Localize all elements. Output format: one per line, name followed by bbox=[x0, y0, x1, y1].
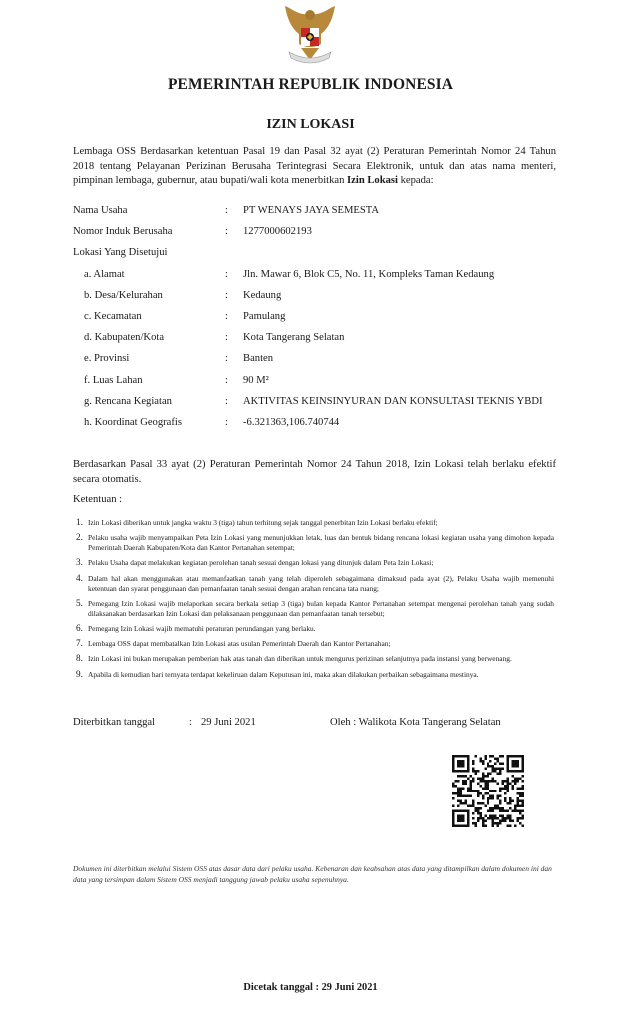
provision-item: 9.Apabila di kemudian hari ternyata terd… bbox=[76, 670, 554, 680]
field-planned-activity: g. Rencana Kegiatan : AKTIVITAS KEINSINY… bbox=[73, 395, 556, 416]
provisions-list: 1.Izin Lokasi diberikan untuk jangka wak… bbox=[76, 518, 554, 685]
document-title: IZIN LOKASI bbox=[0, 117, 621, 133]
effective-statement: Berdasarkan Pasal 33 ayat (2) Peraturan … bbox=[73, 458, 556, 487]
provision-item: 5.Pemegang Izin Lokasi wajib melaporkan … bbox=[76, 599, 554, 619]
intro-bold-permit: Izin Lokasi bbox=[347, 175, 398, 186]
disclaimer: Dokumen ini diterbitkan melalui Sistem O… bbox=[73, 864, 553, 885]
field-coordinates: h. Koordinat Geografis : -6.321363,106.7… bbox=[73, 416, 556, 437]
printed-date: Dicetak tanggal : 29 Juni 2021 bbox=[0, 982, 621, 993]
qr-code-icon bbox=[452, 755, 524, 827]
government-title: PEMERINTAH REPUBLIK INDONESIA bbox=[0, 76, 621, 94]
provision-item: 3.Pelaku Usaha dapat melakukan kegiatan … bbox=[76, 558, 554, 568]
provision-item: 4.Dalam hal akan menggunakan atau memanf… bbox=[76, 574, 554, 594]
provision-item: 6.Pemegang Izin Lokasi wajib mematuhi pe… bbox=[76, 624, 554, 634]
issued-label: Diterbitkan tanggal bbox=[73, 717, 155, 728]
location-heading: Lokasi Yang Disetujui bbox=[73, 246, 556, 267]
provisions-title: Ketentuan : bbox=[73, 494, 122, 505]
garuda-emblem-icon bbox=[277, 4, 343, 70]
provision-item: 8.Izin Lokasi ini bukan merupakan pember… bbox=[76, 654, 554, 664]
intro-paragraph: Lembaga OSS Berdasarkan ketentuan Pasal … bbox=[73, 145, 556, 189]
field-nib: Nomor Induk Berusaha : 1277000602193 bbox=[73, 225, 556, 246]
field-business-name: Nama Usaha : PT WENAYS JAYA SEMESTA bbox=[73, 204, 556, 225]
provision-item: 7.Lembaga OSS dapat membatalkan Izin Lok… bbox=[76, 639, 554, 649]
provision-item: 2.Pelaku usaha wajib menyampaikan Peta I… bbox=[76, 533, 554, 553]
field-province: e. Provinsi : Banten bbox=[73, 352, 556, 373]
field-district: c. Kecamatan : Pamulang bbox=[73, 310, 556, 331]
issued-by: Oleh : Walikota Kota Tangerang Selatan bbox=[330, 717, 501, 728]
field-regency-city: d. Kabupaten/Kota : Kota Tangerang Selat… bbox=[73, 331, 556, 352]
field-village: b. Desa/Kelurahan : Kedaung bbox=[73, 289, 556, 310]
field-land-area: f. Luas Lahan : 90 M² bbox=[73, 374, 556, 395]
provision-item: 1.Izin Lokasi diberikan untuk jangka wak… bbox=[76, 518, 554, 528]
issued-date: 29 Juni 2021 bbox=[201, 717, 256, 728]
permit-fields: Nama Usaha : PT WENAYS JAYA SEMESTA Nomo… bbox=[73, 204, 556, 437]
field-address: a. Alamat : Jln. Mawar 6, Blok C5, No. 1… bbox=[73, 268, 556, 289]
